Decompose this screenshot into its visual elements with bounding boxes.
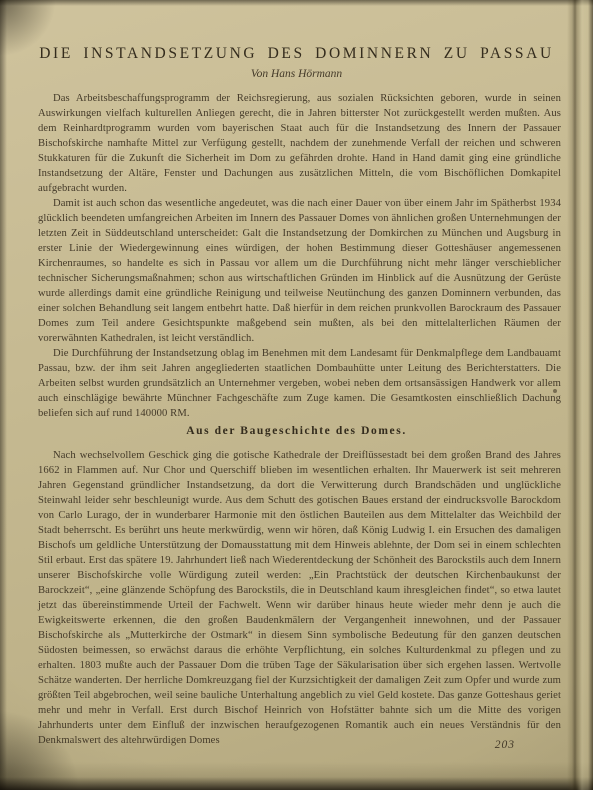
page-number: 203 — [495, 739, 515, 751]
book-page: DIE INSTANDSETZUNG DES DOMINNERN ZU PASS… — [0, 0, 593, 748]
article-body-intro: Das Arbeitsbeschaffungsprogramm der Reic… — [38, 91, 561, 421]
book-page-photo: DIE INSTANDSETZUNG DES DOMINNERN ZU PASS… — [0, 0, 593, 790]
paragraph: Das Arbeitsbeschaffungsprogramm der Reic… — [38, 91, 561, 196]
paragraph: Nach wechselvollem Geschick ging die got… — [38, 448, 561, 748]
dust-speck — [553, 389, 557, 393]
paragraph: Die Durchführung der Instandsetzung obla… — [38, 346, 561, 421]
paragraph: Damit ist auch schon das wesentliche ang… — [38, 196, 561, 346]
article-byline: Von Hans Hörmann — [0, 68, 593, 80]
article-body-history: Nach wechselvollem Geschick ging die got… — [38, 448, 561, 748]
section-heading: Aus der Baugeschichte des Domes. — [0, 425, 593, 437]
article-title: DIE INSTANDSETZUNG DES DOMINNERN ZU PASS… — [0, 45, 593, 63]
